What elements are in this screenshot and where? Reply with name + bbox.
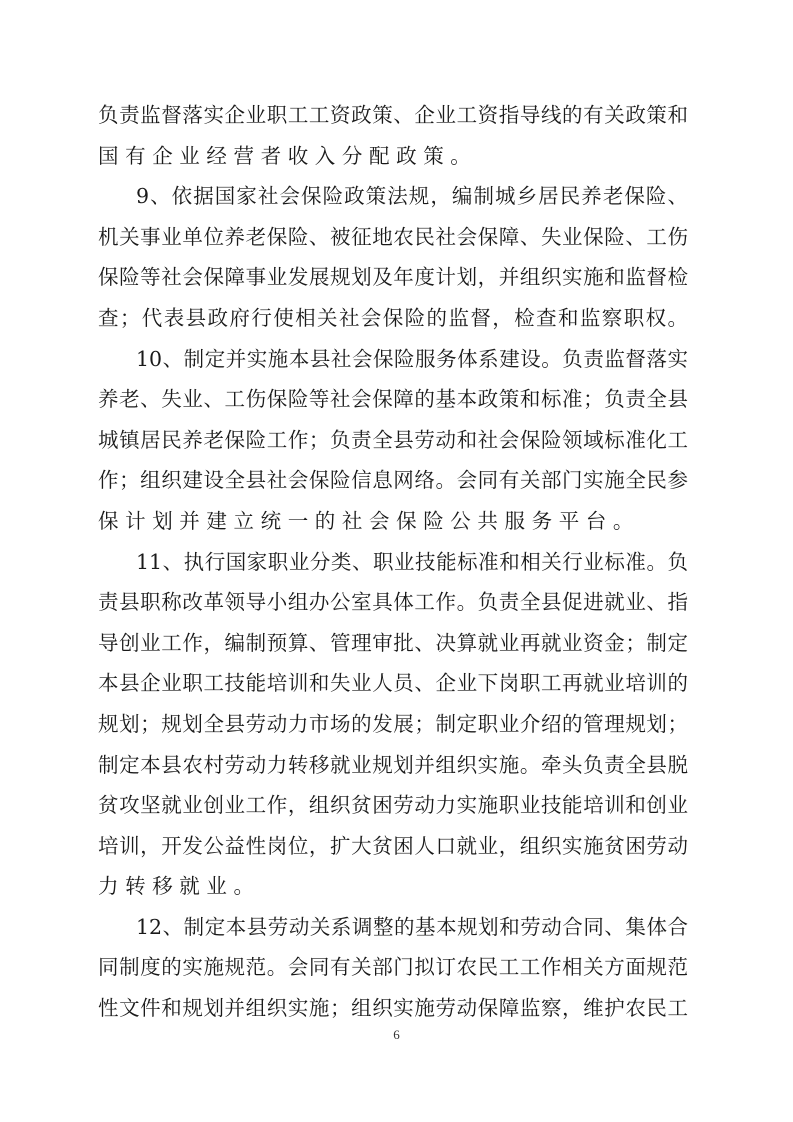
text-line: 保计划并建立统一的社会保险公共服务平台。 <box>98 501 688 542</box>
text-line: 导创业工作，编制预算、管理审批、决算就业再就业资金；制定 <box>98 623 688 664</box>
paragraph-10: 10、制定并实施本县社会保险服务体系建设。负责监督落实 养老、失业、工伤保险等社… <box>98 339 688 542</box>
text-line: 负责监督落实企业职工工资政策、企业工资指导线的有关政策和 <box>98 95 688 136</box>
text-line: 保险等社会保障事业发展规划及年度计划，并组织实施和监督检 <box>98 257 688 298</box>
text-line: 11、执行国家职业分类、职业技能标准和相关行业标准。负 <box>98 542 688 583</box>
paragraph-12: 12、制定本县劳动关系调整的基本规划和劳动合同、集体合 同制度的实施规范。会同有… <box>98 907 688 1029</box>
text-line: 力转移就业。 <box>98 866 688 907</box>
text-line: 规划；规划全县劳动力市场的发展；制定职业介绍的管理规划； <box>98 704 688 745</box>
text-line: 查；代表县政府行使相关社会保险的监督，检查和监察职权。 <box>98 298 688 339</box>
text-line: 制定本县农村劳动力转移就业规划并组织实施。牵头负责全县脱 <box>98 745 688 786</box>
text-line: 12、制定本县劳动关系调整的基本规划和劳动合同、集体合 <box>98 907 688 948</box>
text-line: 10、制定并实施本县社会保险服务体系建设。负责监督落实 <box>98 339 688 380</box>
body-text: 负责监督落实企业职工工资政策、企业工资指导线的有关政策和 国有企业经营者收入分配… <box>98 95 688 1029</box>
text-line: 城镇居民养老保险工作；负责全县劳动和社会保险领域标准化工 <box>98 420 688 461</box>
paragraph-8-continued: 负责监督落实企业职工工资政策、企业工资指导线的有关政策和 国有企业经营者收入分配… <box>98 95 688 176</box>
text-line: 作；组织建设全县社会保险信息网络。会同有关部门实施全民参 <box>98 460 688 501</box>
text-line: 9、依据国家社会保险政策法规，编制城乡居民养老保险、 <box>98 176 688 217</box>
paragraph-9: 9、依据国家社会保险政策法规，编制城乡居民养老保险、 机关事业单位养老保险、被征… <box>98 176 688 338</box>
text-line: 培训，开发公益性岗位，扩大贫困人口就业，组织实施贫困劳动 <box>98 826 688 867</box>
text-line: 贫攻坚就业创业工作，组织贫困劳动力实施职业技能培训和创业 <box>98 785 688 826</box>
text-line: 同制度的实施规范。会同有关部门拟订农民工工作相关方面规范 <box>98 947 688 988</box>
text-line: 本县企业职工技能培训和失业人员、企业下岗职工再就业培训的 <box>98 663 688 704</box>
page-number: 6 <box>0 1027 793 1043</box>
text-line: 国有企业经营者收入分配政策。 <box>98 136 688 177</box>
text-line: 责县职称改革领导小组办公室具体工作。负责全县促进就业、指 <box>98 582 688 623</box>
text-line: 养老、失业、工伤保险等社会保障的基本政策和标准；负责全县 <box>98 379 688 420</box>
text-line: 机关事业单位养老保险、被征地农民社会保障、失业保险、工伤 <box>98 217 688 258</box>
text-line: 性文件和规划并组织实施；组织实施劳动保障监察，维护农民工 <box>98 988 688 1029</box>
paragraph-11: 11、执行国家职业分类、职业技能标准和相关行业标准。负 责县职称改革领导小组办公… <box>98 542 688 907</box>
document-page: 负责监督落实企业职工工资政策、企业工资指导线的有关政策和 国有企业经营者收入分配… <box>0 0 793 1122</box>
